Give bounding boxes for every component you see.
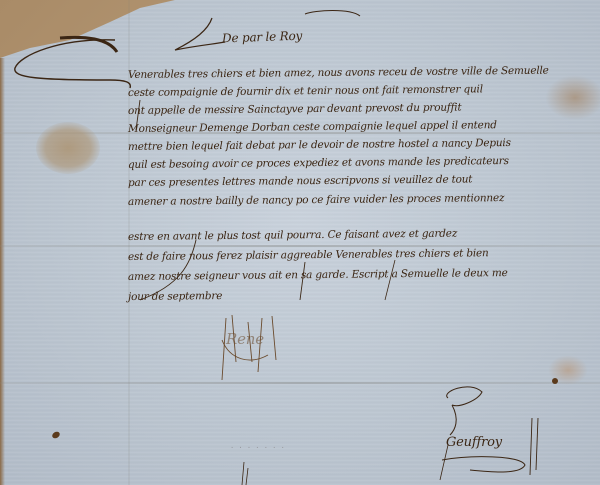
royal-signature: Rene <box>226 330 264 348</box>
left-edge-shadow <box>0 58 5 485</box>
fold-line <box>0 382 600 384</box>
faint-pencil-note: · · · · · · · <box>230 444 285 452</box>
water-stain <box>36 122 100 174</box>
letter-line: jour de septembre <box>128 290 222 303</box>
water-stain <box>545 75 600 120</box>
secretary-signature: Geuffroy <box>446 435 502 450</box>
paper-hole <box>552 378 558 384</box>
letter-heading: De par le Roy <box>222 29 303 46</box>
fold-line <box>0 245 600 247</box>
